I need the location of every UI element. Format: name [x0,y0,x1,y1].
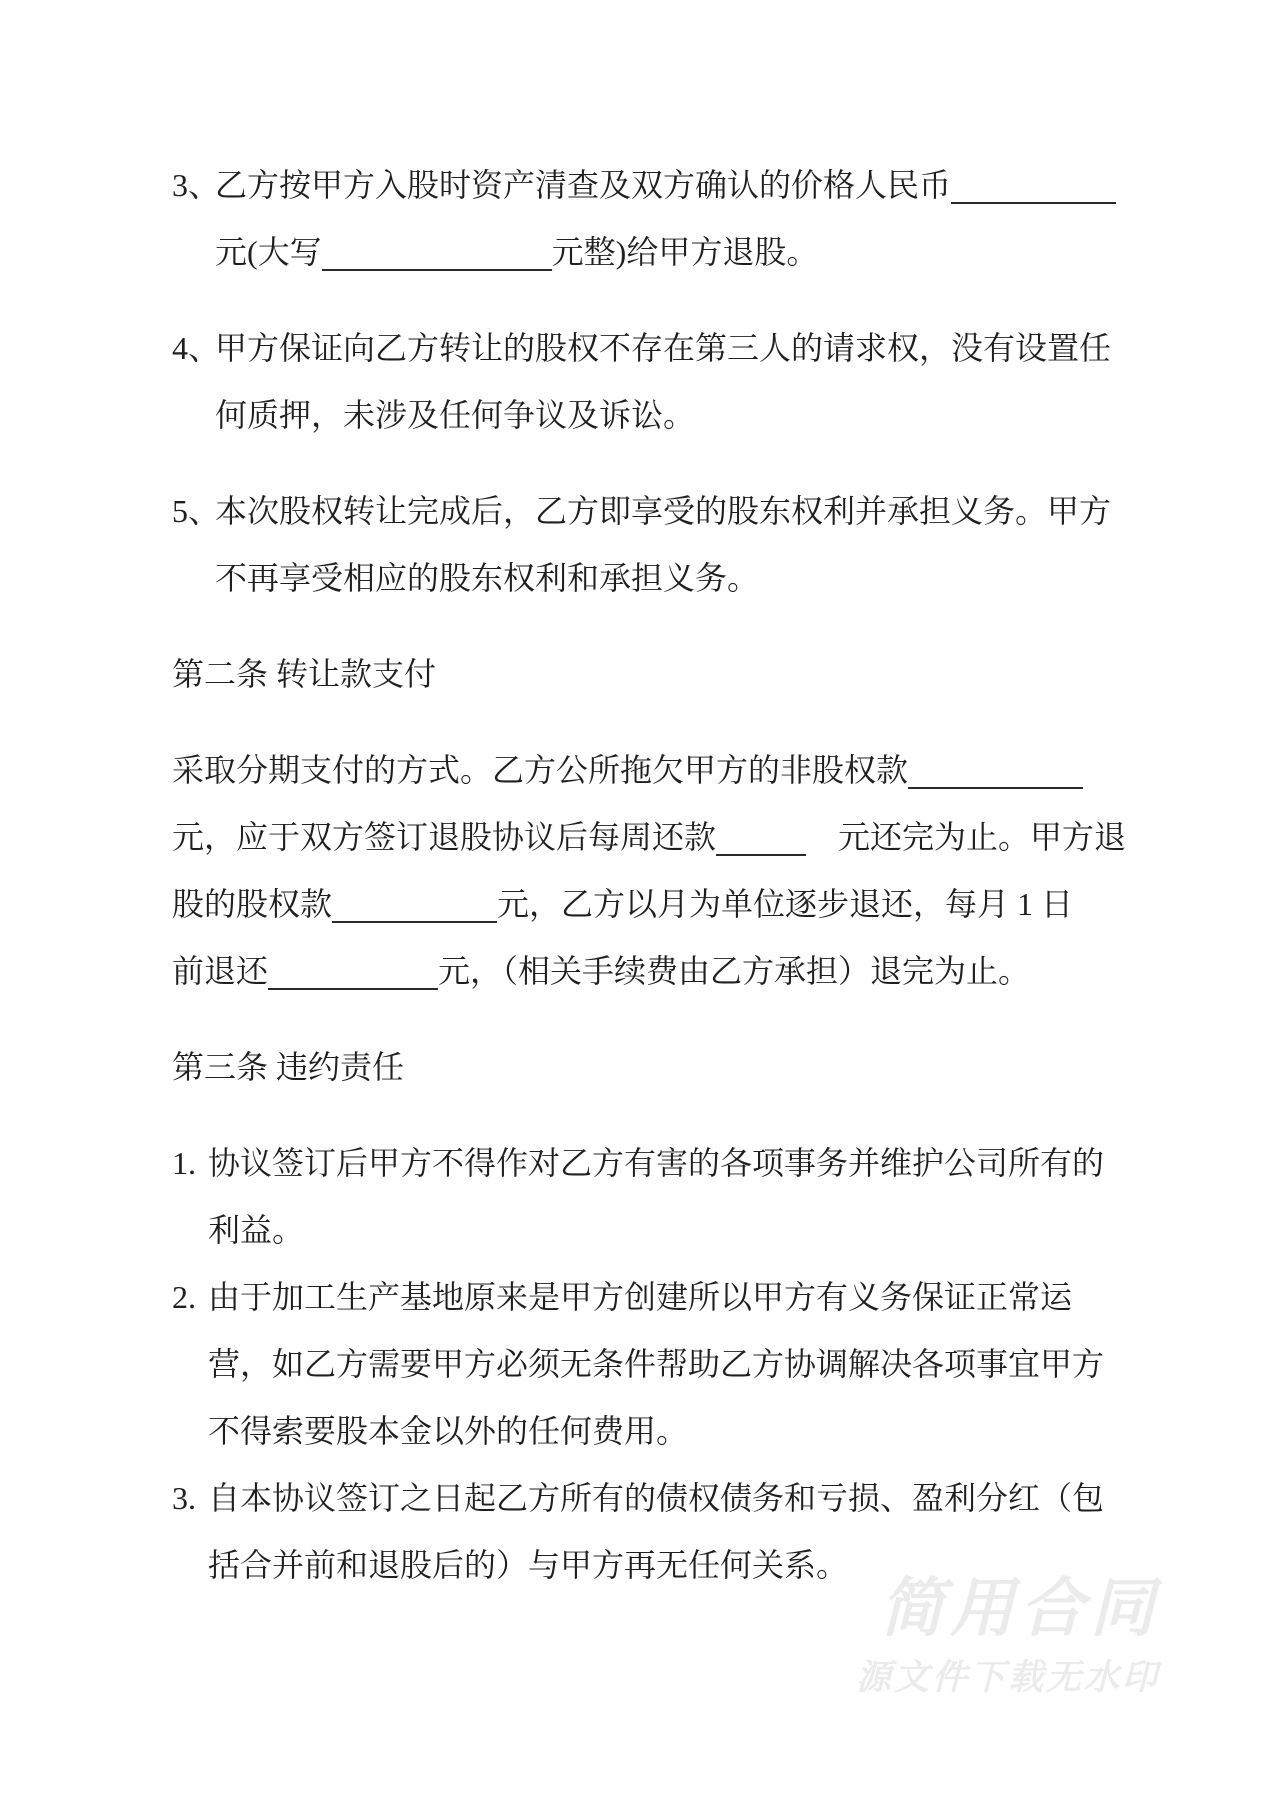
fill-in-blank [268,954,438,990]
text-line: 元(大写元整)给甲方退股。 [215,219,1117,286]
block-lines: 协议签订后甲方不得作对乙方有害的各项事务并维护公司所有的利益。 [208,1130,1117,1264]
document-body: 3、乙方按甲方入股时资产清查及双方确认的价格人民币元(大写元整)给甲方退股。4、… [172,152,1117,1599]
text-segment: 括合并前和退股后的）与甲方再无任何关系。 [208,1547,848,1583]
text-line: 前退还元，（相关手续费由乙方承担）退完为止。 [172,938,1117,1005]
text-segment: 元，乙方以月为单位逐步退还，每月 1 日 [497,886,1073,922]
list-number: 3. [172,1465,208,1532]
fill-in-blank [332,887,497,923]
text-line: 本次股权转让完成后，乙方即享受的股东权利并承担义务。甲方 [215,478,1117,545]
text-line: 元，应于双方签订退股协议后每周还款 元还完为止。甲方退 [172,804,1117,871]
list-number: 3、 [172,152,215,219]
text-line: 营，如乙方需要甲方必须无条件帮助乙方协调解决各项事宜甲方 [208,1331,1117,1398]
text-segment: 乙方按甲方入股时资产清查及双方确认的价格人民币 [215,167,951,203]
paragraph: 采取分期支付的方式。乙方公所拖欠甲方的非股权款元，应于双方签订退股协议后每周还款… [172,737,1117,1005]
text-segment: 第二条 转让款支付 [172,656,436,692]
watermark-subtitle: 源文件下载无水印 [856,1660,1160,1695]
block-lines: 采取分期支付的方式。乙方公所拖欠甲方的非股权款元，应于双方签订退股协议后每周还款… [172,737,1117,1005]
text-segment: 由于加工生产基地原来是甲方创建所以甲方有义务保证正常运 [208,1279,1072,1315]
text-segment: 采取分期支付的方式。乙方公所拖欠甲方的非股权款 [172,752,908,788]
block-lines: 甲方保证向乙方转让的股权不存在第三人的请求权，没有设置任何质押，未涉及任何争议及… [215,315,1117,449]
text-line: 第三条 违约责任 [172,1034,1117,1101]
list-item: 3、乙方按甲方入股时资产清查及双方确认的价格人民币元(大写元整)给甲方退股。 [172,152,1117,286]
text-segment: 利益。 [208,1212,304,1248]
list-item: 2.由于加工生产基地原来是甲方创建所以甲方有义务保证正常运营，如乙方需要甲方必须… [172,1264,1117,1465]
list-item: 1.协议签订后甲方不得作对乙方有害的各项事务并维护公司所有的利益。 [172,1130,1117,1264]
text-segment: 协议签订后甲方不得作对乙方有害的各项事务并维护公司所有的 [208,1145,1104,1181]
fill-in-blank [716,820,806,856]
list-item: 4、甲方保证向乙方转让的股权不存在第三人的请求权，没有设置任何质押，未涉及任何争… [172,315,1117,449]
text-segment: 元(大写 [215,234,322,270]
section-heading: 第二条 转让款支付 [172,641,1117,708]
text-line: 由于加工生产基地原来是甲方创建所以甲方有义务保证正常运 [208,1264,1117,1331]
block-lines: 由于加工生产基地原来是甲方创建所以甲方有义务保证正常运营，如乙方需要甲方必须无条… [208,1264,1117,1465]
block-lines: 第二条 转让款支付 [172,641,1117,708]
text-segment: 不得索要股本金以外的任何费用。 [208,1413,688,1449]
fill-in-blank [322,235,552,271]
text-segment: 何质押，未涉及任何争议及诉讼。 [215,397,695,433]
list-number: 4、 [172,315,215,382]
text-line: 不得索要股本金以外的任何费用。 [208,1398,1117,1465]
text-segment: 营，如乙方需要甲方必须无条件帮助乙方协调解决各项事宜甲方 [208,1346,1104,1382]
section-heading: 第三条 违约责任 [172,1034,1117,1101]
block-lines: 本次股权转让完成后，乙方即享受的股东权利并承担义务。甲方不再享受相应的股东权利和… [215,478,1117,612]
text-line: 乙方按甲方入股时资产清查及双方确认的价格人民币 [215,152,1117,219]
text-segment: 甲方保证向乙方转让的股权不存在第三人的请求权，没有设置任 [215,330,1111,366]
text-line: 自本协议签订之日起乙方所有的债权债务和亏损、盈利分红（包 [208,1465,1117,1532]
block-lines: 乙方按甲方入股时资产清查及双方确认的价格人民币元(大写元整)给甲方退股。 [215,152,1117,286]
text-segment: 不再享受相应的股东权利和承担义务。 [215,560,759,596]
text-segment: 前退还 [172,953,268,989]
watermark-title: 简用合同 [856,1576,1160,1640]
list-number: 1. [172,1130,208,1197]
text-line: 不再享受相应的股东权利和承担义务。 [215,545,1117,612]
list-item: 5、本次股权转让完成后，乙方即享受的股东权利并承担义务。甲方不再享受相应的股东权… [172,478,1117,612]
list-number: 5、 [172,478,215,545]
text-line: 何质押，未涉及任何争议及诉讼。 [215,382,1117,449]
text-line: 协议签订后甲方不得作对乙方有害的各项事务并维护公司所有的 [208,1130,1117,1197]
text-line: 甲方保证向乙方转让的股权不存在第三人的请求权，没有设置任 [215,315,1117,382]
text-line: 采取分期支付的方式。乙方公所拖欠甲方的非股权款 [172,737,1117,804]
text-segment: 元还完为止。甲方退 [806,819,1126,855]
document-page: { "page": { "background": "#ffffff", "te… [0,0,1280,1810]
text-segment: 本次股权转让完成后，乙方即享受的股东权利并承担义务。甲方 [215,493,1111,529]
text-segment: 元，应于双方签订退股协议后每周还款 [172,819,716,855]
text-segment: 元整)给甲方退股。 [552,234,819,270]
text-segment: 元，（相关手续费由乙方承担）退完为止。 [438,953,1030,989]
text-segment: 自本协议签订之日起乙方所有的债权债务和亏损、盈利分红（包 [208,1480,1104,1516]
fill-in-blank [951,168,1116,204]
text-segment: 股的股权款 [172,886,332,922]
text-line: 利益。 [208,1197,1117,1264]
block-lines: 第三条 违约责任 [172,1034,1117,1101]
fill-in-blank [908,753,1083,789]
list-number: 2. [172,1264,208,1331]
text-segment: 第三条 违约责任 [172,1049,404,1085]
text-line: 第二条 转让款支付 [172,641,1117,708]
watermark: 简用合同 源文件下载无水印 [856,1576,1160,1695]
text-line: 股的股权款元，乙方以月为单位逐步退还，每月 1 日 [172,871,1117,938]
